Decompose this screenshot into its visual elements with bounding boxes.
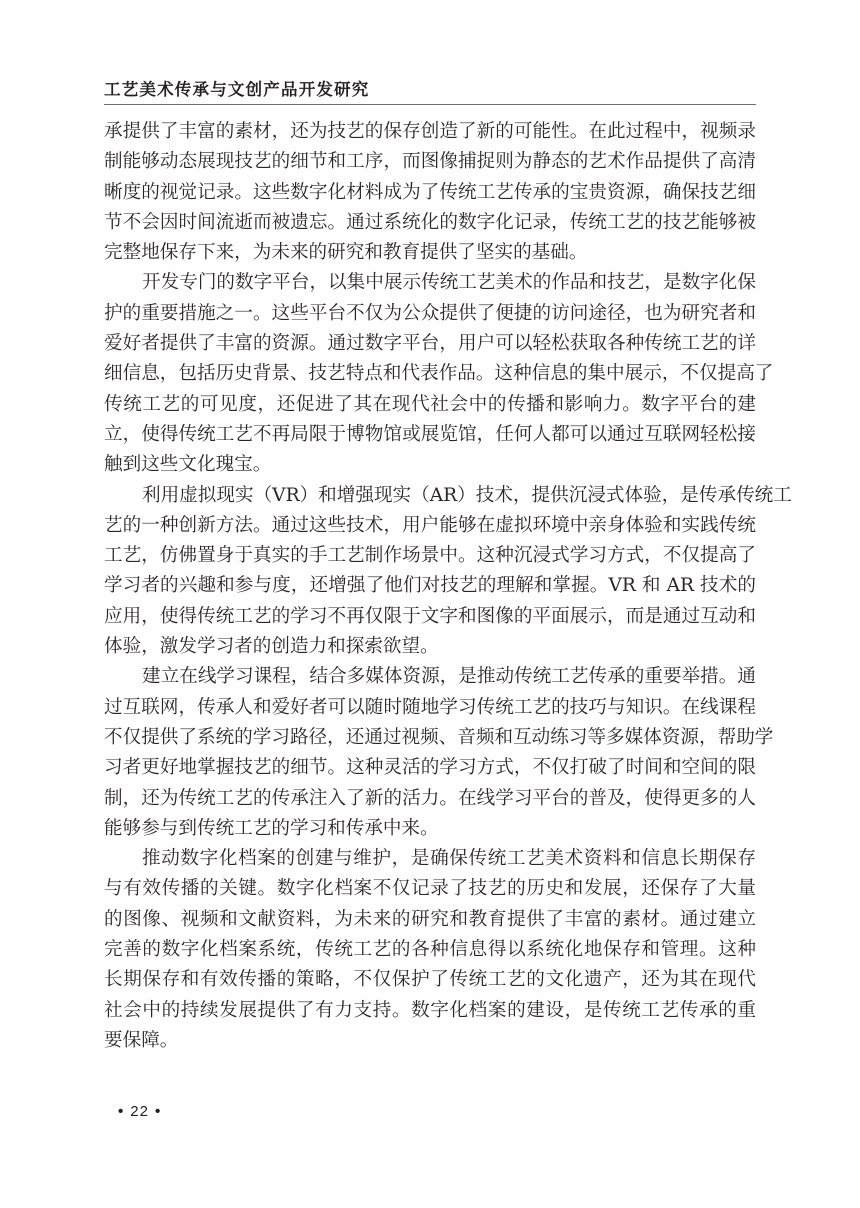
text-line: 完整地保存下来，为未来的研究和教育提供了坚实的基础。: [104, 238, 756, 268]
text-line: 工艺，仿佛置身于真实的手工艺制作场景中。这种沉浸式学习方式，不仅提高了: [104, 541, 756, 571]
text-line: 完善的数字化档案系统，传统工艺的各种信息得以系统化地保存和管理。这种: [104, 935, 756, 965]
text-line: 建立在线学习课程，结合多媒体资源，是推动传统工艺传承的重要举措。通: [104, 662, 756, 692]
text-line: 体验，激发学习者的创造力和探索欲望。: [104, 632, 756, 662]
text-line: 艺的一种创新方法。通过这些技术，用户能够在虚拟环境中亲身体验和实践传统: [104, 511, 756, 541]
text-line: 护的重要措施之一。这些平台不仅为公众提供了便捷的访问途径，也为研究者和: [104, 299, 756, 329]
text-line: 的图像、视频和文献资料，为未来的研究和教育提供了丰富的素材。通过建立: [104, 905, 756, 935]
text-line: 制能够动态展现技艺的细节和工序，而图像捕捉则为静态的艺术作品提供了高清: [104, 147, 756, 177]
running-head-title: 工艺美术传承与文创产品开发研究: [104, 76, 370, 100]
text-line: 利用虚拟现实（VR）和增强现实（AR）技术，提供沉浸式体验，是传承传统工: [104, 481, 756, 511]
text-line: 承提供了丰富的素材，还为技艺的保存创造了新的可能性。在此过程中，视频录: [104, 117, 756, 147]
text-line: 晰度的视觉记录。这些数字化材料成为了传统工艺传承的宝贵资源，确保技艺细: [104, 178, 756, 208]
text-line: 不仅提供了系统的学习路径，还通过视频、音频和互动练习等多媒体资源，帮助学: [104, 723, 756, 753]
text-line: 开发专门的数字平台，以集中展示传统工艺美术的作品和技艺，是数字化保: [104, 268, 756, 298]
page-number: 22: [130, 1103, 149, 1120]
paragraph-2: 开发专门的数字平台，以集中展示传统工艺美术的作品和技艺，是数字化保 护的重要措施…: [104, 268, 756, 480]
text-line: 爱好者提供了丰富的资源。通过数字平台，用户可以轻松获取各种传统工艺的详: [104, 329, 756, 359]
text-line: 社会中的持续发展提供了有力支持。数字化档案的建设，是传统工艺传承的重: [104, 996, 756, 1026]
bullet-right-icon: •: [155, 1103, 161, 1120]
text-line: 传统工艺的可见度，还促进了其在现代社会中的传播和影响力。数字平台的建: [104, 390, 756, 420]
text-line: 细信息，包括历史背景、技艺特点和代表作品。这种信息的集中展示，不仅提高了: [104, 359, 756, 389]
paragraph-3: 利用虚拟现实（VR）和增强现实（AR）技术，提供沉浸式体验，是传承传统工 艺的一…: [104, 481, 756, 663]
text-line: 推动数字化档案的创建与维护，是确保传统工艺美术资料和信息长期保存: [104, 844, 756, 874]
paragraph-1: 承提供了丰富的素材，还为技艺的保存创造了新的可能性。在此过程中，视频录 制能够动…: [104, 117, 756, 268]
text-line: 学习者的兴趣和参与度，还增强了他们对技艺的理解和掌握。VR 和 AR 技术的: [104, 571, 756, 601]
page-number-folio: •22•: [112, 1103, 167, 1120]
paragraph-5: 推动数字化档案的创建与维护，是确保传统工艺美术资料和信息长期保存 与有效传播的关…: [104, 844, 756, 1056]
text-line: 立，使得传统工艺不再局限于博物馆或展览馆，任何人都可以通过互联网轻松接: [104, 420, 756, 450]
text-line: 节不会因时间流逝而被遗忘。通过系统化的数字化记录，传统工艺的技艺能够被: [104, 208, 756, 238]
text-line: 能够参与到传统工艺的学习和传承中来。: [104, 814, 756, 844]
body-text: 承提供了丰富的素材，还为技艺的保存创造了新的可能性。在此过程中，视频录 制能够动…: [104, 117, 756, 1056]
book-page: 工艺美术传承与文创产品开发研究 承提供了丰富的素材，还为技艺的保存创造了新的可能…: [0, 0, 860, 1208]
header-rule-divider: [104, 104, 756, 105]
text-line: 制，还为传统工艺的传承注入了新的活力。在线学习平台的普及，使得更多的人: [104, 784, 756, 814]
bullet-left-icon: •: [118, 1103, 124, 1120]
text-line: 习者更好地掌握技艺的细节。这种灵活的学习方式，不仅打破了时间和空间的限: [104, 753, 756, 783]
text-line: 要保障。: [104, 1026, 756, 1056]
text-line: 触到这些文化瑰宝。: [104, 450, 756, 480]
text-line: 长期保存和有效传播的策略，不仅保护了传统工艺的文化遗产，还为其在现代: [104, 965, 756, 995]
text-line: 应用，使得传统工艺的学习不再仅限于文字和图像的平面展示，而是通过互动和: [104, 602, 756, 632]
paragraph-4: 建立在线学习课程，结合多媒体资源，是推动传统工艺传承的重要举措。通 过互联网，传…: [104, 662, 756, 844]
text-line: 过互联网，传承人和爱好者可以随时随地学习传统工艺的技巧与知识。在线课程: [104, 693, 756, 723]
text-line: 与有效传播的关键。数字化档案不仅记录了技艺的历史和发展，还保存了大量: [104, 874, 756, 904]
